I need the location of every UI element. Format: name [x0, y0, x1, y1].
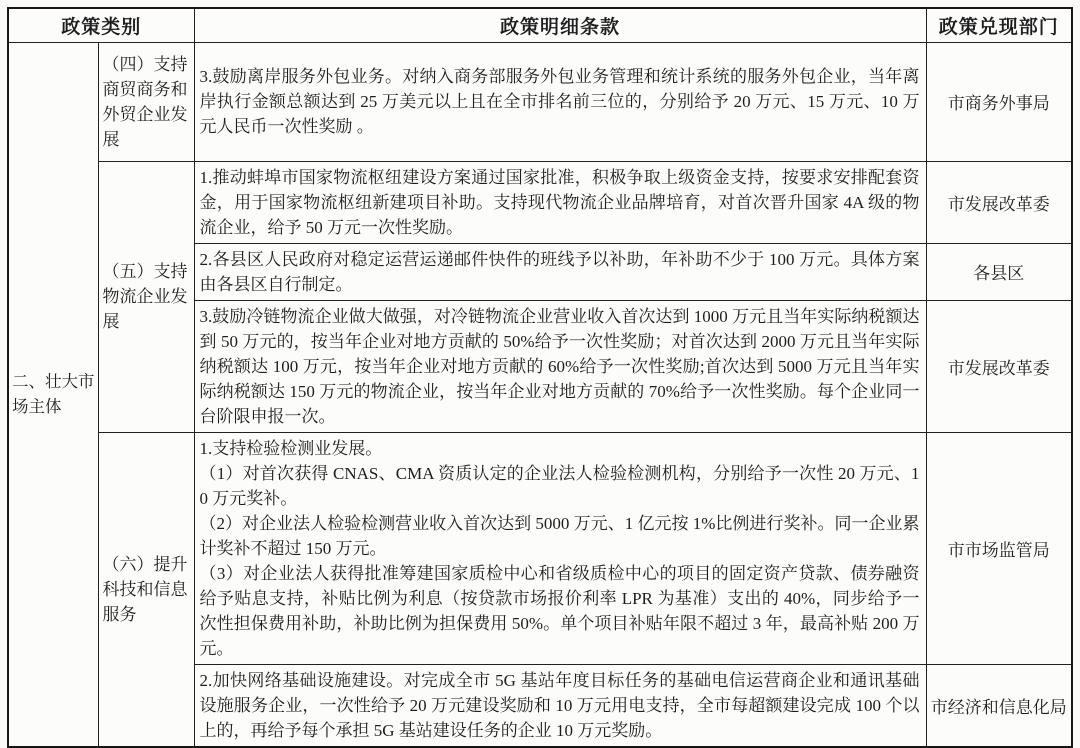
detail-cell: 1.支持检验检测业发展。 （1）对首次获得 CNAS、CMA 资质认定的企业法人… — [194, 432, 926, 664]
header-policy-department: 政策兑现部门 — [926, 8, 1072, 42]
header-policy-detail: 政策明细条款 — [194, 8, 926, 42]
document-sheet: 政策类别 政策明细条款 政策兑现部门 二、壮大市场主体 （四）支持商贸商务和外贸… — [7, 7, 1071, 714]
detail-cell: 2.加快网络基础设施建设。对完成全市 5G 基站年度目标任务的基础电信运营商企业… — [194, 664, 926, 714]
department-cell: 市商务外事局 — [926, 42, 1072, 161]
header-policy-category: 政策类别 — [8, 8, 194, 42]
table-row: （五）支持物流企业发展 1.推动蚌埠市国家物流枢纽建设方案通过国家批准，积极争取… — [8, 161, 1072, 243]
detail-cell: 2.各县区人民政府对稳定运营运递邮件快件的班线予以补助，年补助不少于 100 万… — [194, 243, 926, 300]
category-cell-4: （四）支持商贸商务和外贸企业发展 — [98, 42, 194, 161]
policy-table: 政策类别 政策明细条款 政策兑现部门 二、壮大市场主体 （四）支持商贸商务和外贸… — [7, 7, 1073, 714]
department-cell: 市发展改革委 — [926, 161, 1072, 243]
department-cell: 市发展改革委 — [926, 300, 1072, 432]
section-label: 二、壮大市场主体 — [8, 42, 98, 714]
detail-cell: 3.鼓励离岸服务外包业务。对纳入商务部服务外包业务管理和统计系统的服务外包企业，… — [194, 42, 926, 161]
department-cell: 市市场监管局 — [926, 432, 1072, 664]
detail-cell: 1.推动蚌埠市国家物流枢纽建设方案通过国家批准，积极争取上级资金支持，按要求安排… — [194, 161, 926, 243]
header-row: 政策类别 政策明细条款 政策兑现部门 — [8, 8, 1072, 42]
table-row: 二、壮大市场主体 （四）支持商贸商务和外贸企业发展 3.鼓励离岸服务外包业务。对… — [8, 42, 1072, 161]
department-cell: 市经济和信息化局 — [926, 664, 1072, 714]
table-row: （六）提升科技和信息服务 1.支持检验检测业发展。 （1）对首次获得 CNAS、… — [8, 432, 1072, 664]
detail-cell: 3.鼓励冷链物流企业做大做强，对冷链物流企业营业收入首次达到 1000 万元且当… — [194, 300, 926, 432]
category-cell-6: （六）提升科技和信息服务 — [98, 432, 194, 714]
category-cell-5: （五）支持物流企业发展 — [98, 161, 194, 432]
department-cell: 各县区 — [926, 243, 1072, 300]
